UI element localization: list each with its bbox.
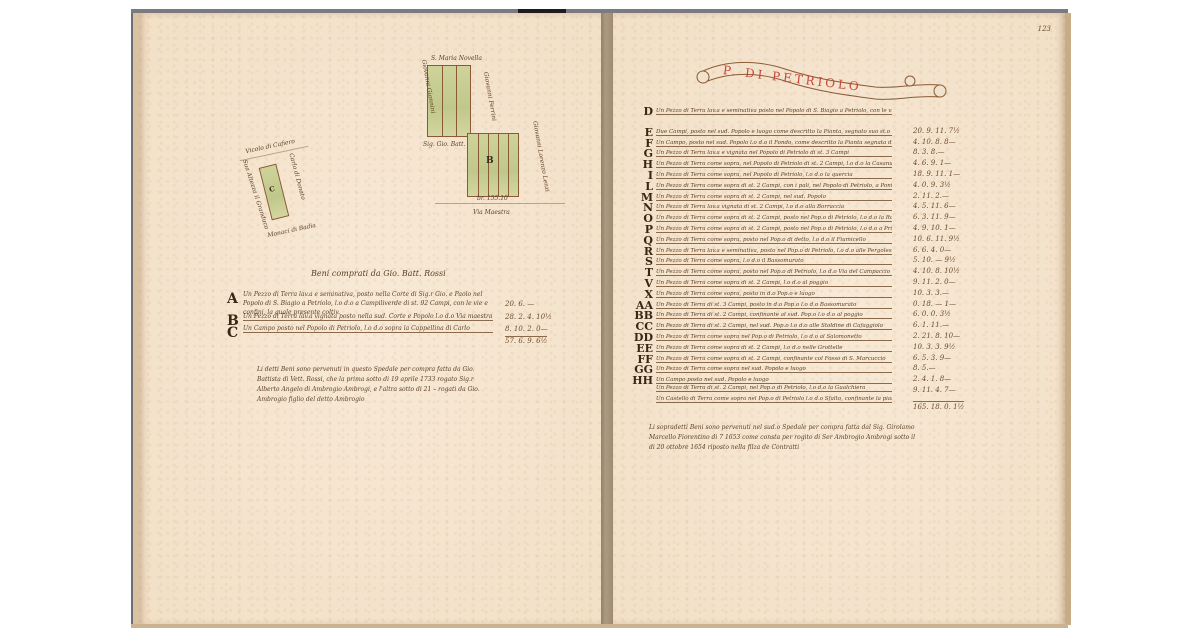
entry-value: 28. 2. 4. 10½ bbox=[505, 313, 552, 321]
entry-a: A Un Pezzo di Terra lav.a e seminativa, … bbox=[227, 288, 238, 307]
entry-text: Un Pezzo di Terra come sopra, l.o d.o il… bbox=[656, 258, 892, 265]
entry-text: Un Pezzo di Terra lav.a e vignata nel Po… bbox=[656, 150, 892, 157]
entry-value: 8. 10. 2. 0— bbox=[505, 325, 548, 333]
entry-letter: C bbox=[227, 325, 238, 341]
entry-text: Un Castello di Terra come sopra nel Pop.… bbox=[656, 396, 892, 403]
entry-text: Due Campi, posto nel sud. Popolo e luogo… bbox=[656, 129, 892, 136]
entry-text: Un Pezzo di Terra di st. 3 Campi, posto … bbox=[656, 302, 892, 309]
entry-text: Un Pezzo di Terra come sopra nel Pop.o d… bbox=[656, 334, 892, 341]
left-footnote: Li detti Beni sono pervenuti in questo S… bbox=[257, 365, 497, 405]
entry-value: 4. 6. 9. 1— bbox=[913, 159, 951, 167]
entry-text: Un Campo, posto nel sud. Popolo l.o d.o … bbox=[656, 140, 892, 147]
entry-text: Un Pezzo di Terra come sopra, posto nel … bbox=[656, 237, 892, 244]
entry-value: 4. 9. 10. 1— bbox=[913, 224, 956, 232]
entry-value: 5. 10. — 9½ bbox=[913, 256, 956, 264]
entry-c: C Un Campo posto nel Popolo di Petriolo,… bbox=[227, 322, 238, 341]
entry-value: 10. 3. 3.— bbox=[913, 289, 949, 297]
entry-text: Un Pezzo di Terra come sopra di st. 2 Ca… bbox=[656, 356, 892, 363]
entry-value: 6. 3. 11. 9— bbox=[913, 213, 956, 221]
left-page: B S. Maria Novella Giovanni Giannini Gio… bbox=[133, 13, 607, 625]
entry-text: Un Pezzo di Terra come sopra di st. 2 Ca… bbox=[656, 280, 892, 287]
map-measure-b-bottom: br. 155.10 bbox=[477, 195, 508, 202]
entry-text: Un Pezzo di Terra come sopra di st. 2 Ca… bbox=[656, 226, 892, 233]
entry-text: Un Pezzo di Terra come sopra, posto in d… bbox=[656, 291, 892, 298]
entry-value: 4. 5. 11. 6— bbox=[913, 202, 956, 210]
entry-text: Un Pezzo di Terra di st. 2 Campi, nel su… bbox=[656, 323, 892, 330]
map-label-north: S. Maria Novella bbox=[431, 55, 482, 62]
entry-value: 20. 9. 11. 7½ bbox=[913, 127, 960, 135]
scan-bottom-edge bbox=[131, 624, 1068, 628]
entry-value: 0. 18. — 1— bbox=[913, 300, 956, 308]
entry-text: Un Pezzo di Terra come sopra, nel Popolo… bbox=[656, 172, 892, 179]
register-entry: Un Pezzo di Terra di st. 2 Campi, nel Po… bbox=[619, 385, 892, 394]
entry-value: 6. 1. 11.— bbox=[913, 321, 949, 329]
entry-text: Un Pezzo di Terra lav.a e seminativa pos… bbox=[656, 108, 892, 115]
entry-value: 6. 0. 0. 3½ bbox=[913, 310, 951, 318]
entry-letter: D bbox=[619, 105, 653, 118]
road-line bbox=[435, 203, 565, 204]
entry-value: 8. 3. 8.— bbox=[913, 148, 945, 156]
left-heading: Beni comprati da Gio. Batt. Rossi bbox=[311, 269, 446, 278]
map-label-below-upper: Sig. Gio. Batt. bbox=[423, 141, 465, 148]
entry-letter: A bbox=[227, 291, 238, 307]
entry-text: Un Pezzo di Terra come sopra di st. 2 Ca… bbox=[656, 215, 892, 222]
map-label-below-c: Monaci di Badia bbox=[267, 222, 317, 239]
entry-value: 2. 11. 2.— bbox=[913, 192, 949, 200]
entry-value: 8. 5.— bbox=[913, 364, 936, 372]
map-label-right-upper: Giovanni Ferrini bbox=[482, 71, 498, 121]
entry-value: 4. 10. 8. 8— bbox=[913, 138, 956, 146]
title-banner: P. DI PETRIOLO bbox=[695, 53, 945, 89]
entry-value: 10. 3. 3. 9½ bbox=[913, 343, 955, 351]
map-label-road: Via Maestra bbox=[473, 209, 510, 216]
entry-value: 2. 4. 1. 8— bbox=[913, 375, 951, 383]
left-entries: A Un Pezzo di Terra lav.a e seminativa, … bbox=[227, 288, 587, 358]
entry-text: Un Pezzo di Terra come sopra di st. 2 Ca… bbox=[656, 183, 892, 190]
parcel-b-letter: B bbox=[486, 156, 494, 166]
folio-number: 123 bbox=[1038, 25, 1051, 33]
entry-value: 9. 11. 4. 7— bbox=[913, 386, 956, 394]
entry-text: Un Pezzo di Terra lav.a e seminativa, po… bbox=[656, 248, 892, 255]
parcel-c-letter: C bbox=[268, 184, 276, 194]
entry-value: 10. 6. 11. 9½ bbox=[913, 235, 960, 243]
entry-value: 20. 6. — bbox=[505, 300, 534, 308]
entry-text: Un Pezzo di Terra come sopra di st. 2 Ca… bbox=[656, 194, 892, 201]
entry-value: 6. 6. 4. 0— bbox=[913, 246, 951, 254]
entry-text: Un Pezzo di Terra lav.a vignata posto ne… bbox=[243, 313, 493, 321]
entry-value: 2. 21. 8. 10— bbox=[913, 332, 960, 340]
entry-value: 18. 9. 11. 1— bbox=[913, 170, 960, 178]
map-label-right-b: Giovanni Lorenzo Lenzi bbox=[531, 120, 550, 192]
register-entry: DUn Pezzo di Terra lav.a e seminativa po… bbox=[619, 105, 892, 118]
right-footnote: Li sopradetti Beni sono pervenuti nel su… bbox=[649, 423, 919, 453]
entry-value: 9. 11. 2. 0— bbox=[913, 278, 956, 286]
entry-text: Un Pezzo di Terra di st. 2 Campi, nel Po… bbox=[656, 385, 892, 392]
entry-text: Un Pezzo di Terra come sopra nel sud. Po… bbox=[656, 366, 892, 373]
entry-text: Un Campo posto nel Popolo di Petriolo, l… bbox=[243, 325, 493, 333]
parcel-b: B bbox=[467, 133, 519, 197]
entry-value: 4. 0. 9. 3½ bbox=[913, 181, 951, 189]
book-gutter bbox=[601, 13, 613, 625]
entry-text: Un Pezzo di Terra come sopra, posto nel … bbox=[656, 269, 892, 276]
entry-text: Un Pezzo di Terra come sopra di st. 2 Ca… bbox=[656, 345, 892, 352]
map-parcel-group-c: Vicolo di Cafiero C Carlo di Donato Sua … bbox=[229, 143, 319, 253]
manuscript-spread: B S. Maria Novella Giovanni Giannini Gio… bbox=[131, 9, 1068, 628]
right-total: 165. 18. 0. 1½ bbox=[913, 401, 964, 411]
register-entry: Un Castello di Terra come sopra nel Pop.… bbox=[619, 396, 892, 405]
entry-text: Un Pezzo di Terra di st. 2 Campi, confin… bbox=[656, 312, 892, 319]
entry-value: 6. 5. 3. 9— bbox=[913, 354, 951, 362]
map-parcel-group-b: B S. Maria Novella Giovanni Giannini Gio… bbox=[415, 53, 565, 213]
entry-value: 4. 10. 8. 10½ bbox=[913, 267, 960, 275]
entry-text: Un Pezzo di Terra lav.a vignata di st. 2… bbox=[656, 204, 892, 211]
map-label-road-c: Vicolo di Cafiero bbox=[245, 138, 296, 155]
left-total: 57. 6. 9. 6½ bbox=[505, 336, 547, 345]
map-label-right-c: Carlo di Donato bbox=[287, 152, 306, 200]
right-page: 123 P. DI PETRIOLO DUn Pezzo di Terra la… bbox=[613, 13, 1071, 625]
entry-text: Un Campo posto nel sud. Popolo e luogo bbox=[656, 377, 892, 384]
entry-text: Un Pezzo di Terra come sopra, nel Popolo… bbox=[656, 161, 892, 168]
